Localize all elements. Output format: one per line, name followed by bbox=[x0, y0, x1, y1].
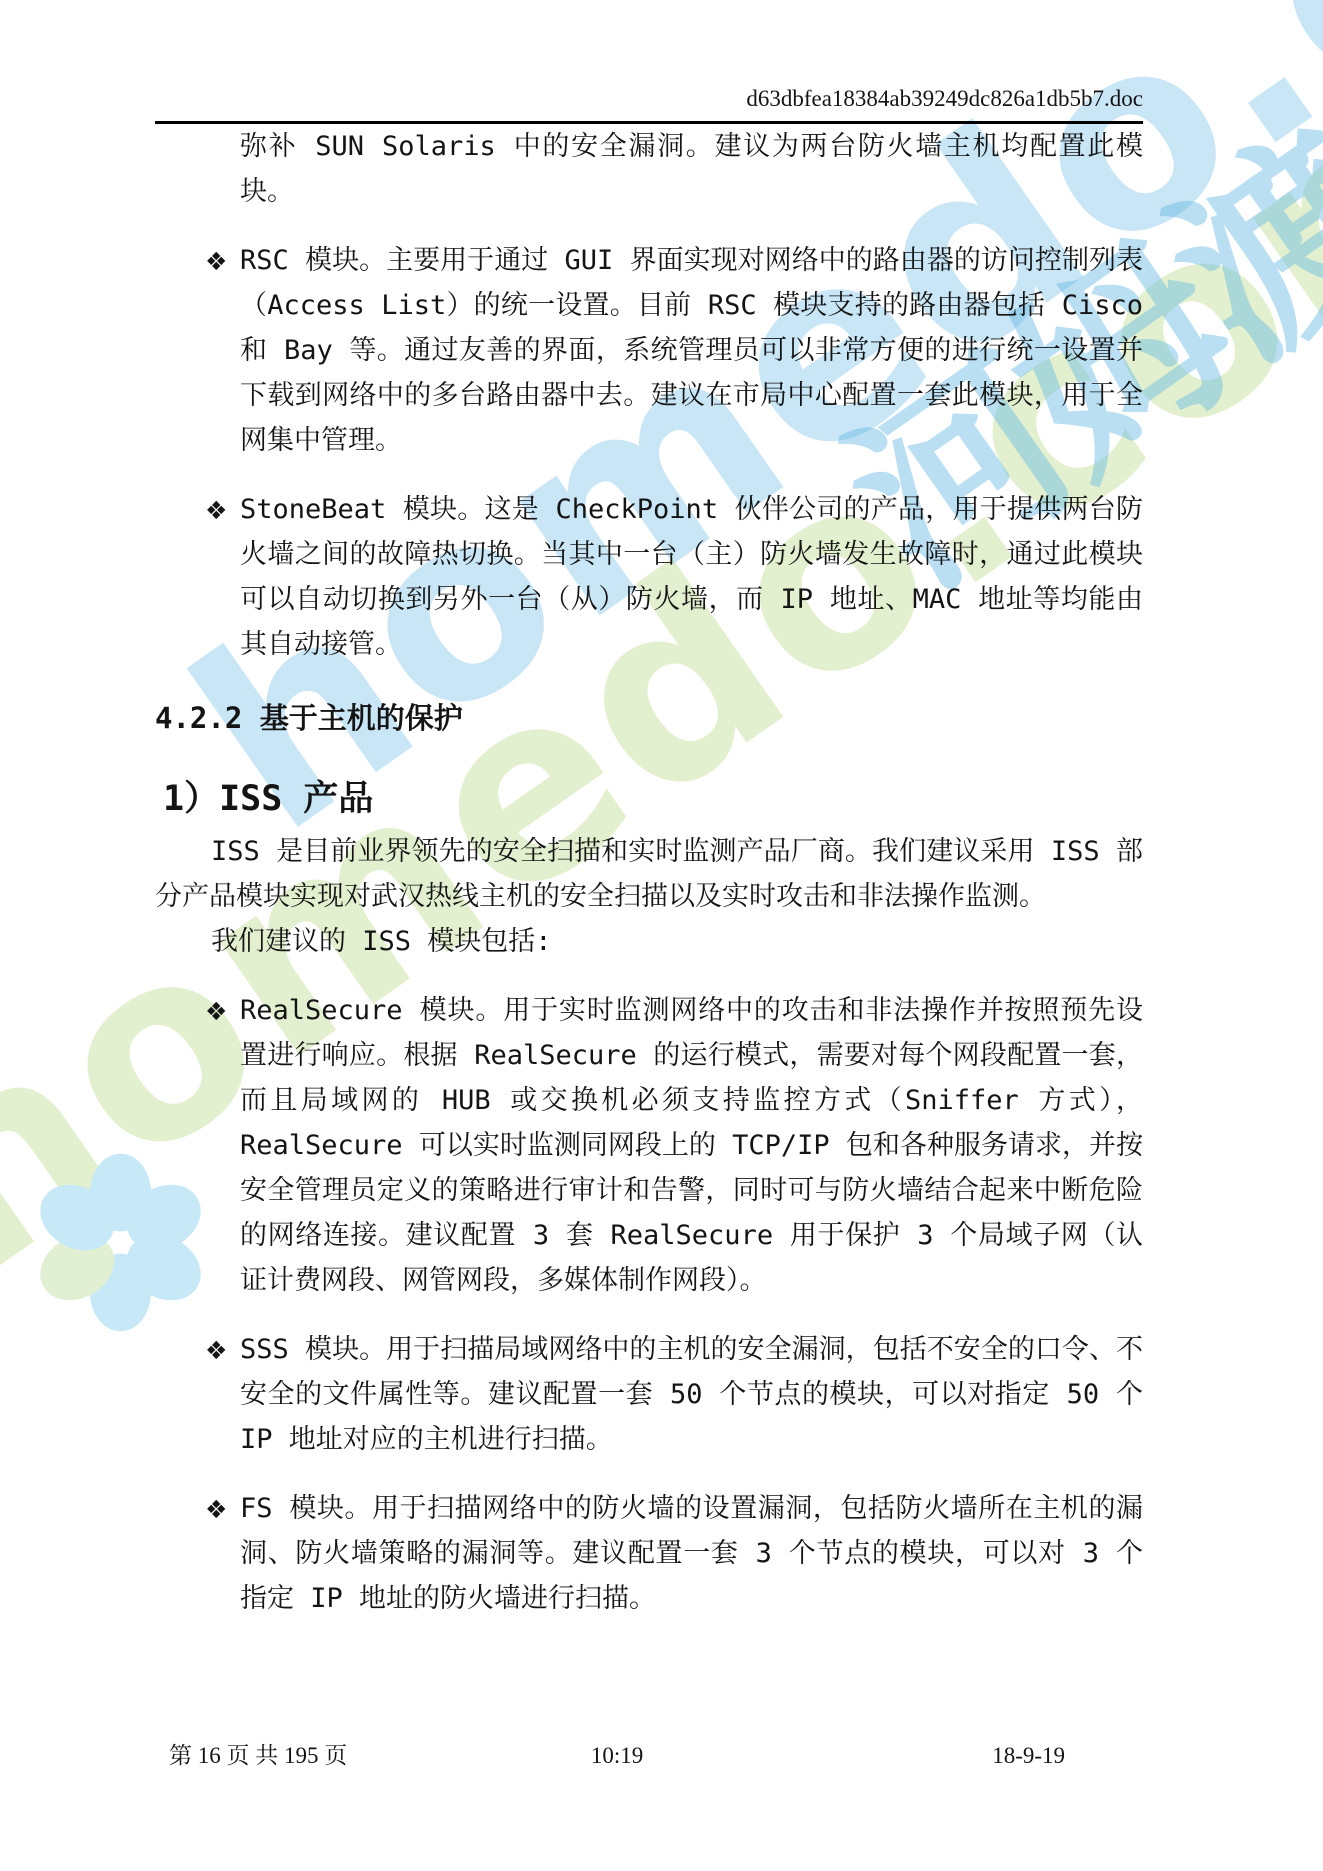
bullet-item-stonebeat: ❖StoneBeat 模块。这是 CheckPoint 伙伴公司的产品，用于提供… bbox=[155, 487, 1143, 667]
footer-page-number: 第 16 页 共 195 页 bbox=[155, 1737, 591, 1770]
diamond-bullet-icon: ❖ bbox=[205, 1487, 227, 1532]
diamond-bullet-icon: ❖ bbox=[205, 1328, 227, 1373]
bullet-text-fs: FS 模块。用于扫描网络中的防火墙的设置漏洞，包括防火墙所在主机的漏洞、防火墙策… bbox=[240, 1493, 1143, 1614]
header-filename: d63dbfea18384ab39249dc826a1db5b7.doc bbox=[746, 86, 1143, 111]
diamond-bullet-icon: ❖ bbox=[205, 488, 227, 533]
bullet-text-rsc: RSC 模块。主要用于通过 GUI 界面实现对网络中的路由器的访问控制列表（Ac… bbox=[240, 245, 1143, 456]
bullet-item-realsecure: ❖RealSecure 模块。用于实时监测网络中的攻击和非法操作并按照预先设置进… bbox=[155, 988, 1143, 1303]
paragraph-iss-lead: 我们建议的 ISS 模块包括: bbox=[155, 919, 1143, 964]
bullet-text-stonebeat: StoneBeat 模块。这是 CheckPoint 伙伴公司的产品，用于提供两… bbox=[240, 494, 1143, 660]
diamond-bullet-icon: ❖ bbox=[205, 239, 227, 284]
page-footer: 第 16 页 共 195 页 10:19 18-9-19 bbox=[155, 1737, 1143, 1770]
page-header: d63dbfea18384ab39249dc826a1db5b7.doc bbox=[155, 86, 1143, 124]
subsection-heading: 1）ISS 产品 bbox=[155, 773, 1143, 825]
bullet-text-realsecure: RealSecure 模块。用于实时监测网络中的攻击和非法操作并按照预先设置进行… bbox=[240, 995, 1143, 1296]
bullet-item-sss: ❖SSS 模块。用于扫描局域网络中的主机的安全漏洞，包括不安全的口令、不安全的文… bbox=[155, 1327, 1143, 1462]
bullet-item-rsc: ❖RSC 模块。主要用于通过 GUI 界面实现对网络中的路由器的访问控制列表（A… bbox=[155, 238, 1143, 463]
footer-date: 18-9-19 bbox=[643, 1743, 1143, 1769]
paragraph-iss-intro: ISS 是目前业界领先的安全扫描和实时监测产品厂商。我们建议采用 ISS 部分产… bbox=[155, 829, 1143, 919]
footer-time: 10:19 bbox=[591, 1743, 643, 1769]
section-heading: 4.2.2 基于主机的保护 bbox=[155, 697, 1143, 739]
bullet-text-sss: SSS 模块。用于扫描局域网络中的主机的安全漏洞，包括不安全的口令、不安全的文件… bbox=[240, 1334, 1143, 1455]
paragraph-continuation: 弥补 SUN Solaris 中的安全漏洞。建议为两台防火墙主机均配置此模块。 bbox=[155, 124, 1143, 214]
page-content: d63dbfea18384ab39249dc826a1db5b7.doc 弥补 … bbox=[155, 86, 1143, 1621]
bullet-item-fs: ❖FS 模块。用于扫描网络中的防火墙的设置漏洞，包括防火墙所在主机的漏洞、防火墙… bbox=[155, 1486, 1143, 1621]
document-page: homedo.com homedo.com 河姆渡 d63dbfea18384a… bbox=[0, 0, 1323, 1871]
diamond-bullet-icon: ❖ bbox=[205, 989, 227, 1034]
